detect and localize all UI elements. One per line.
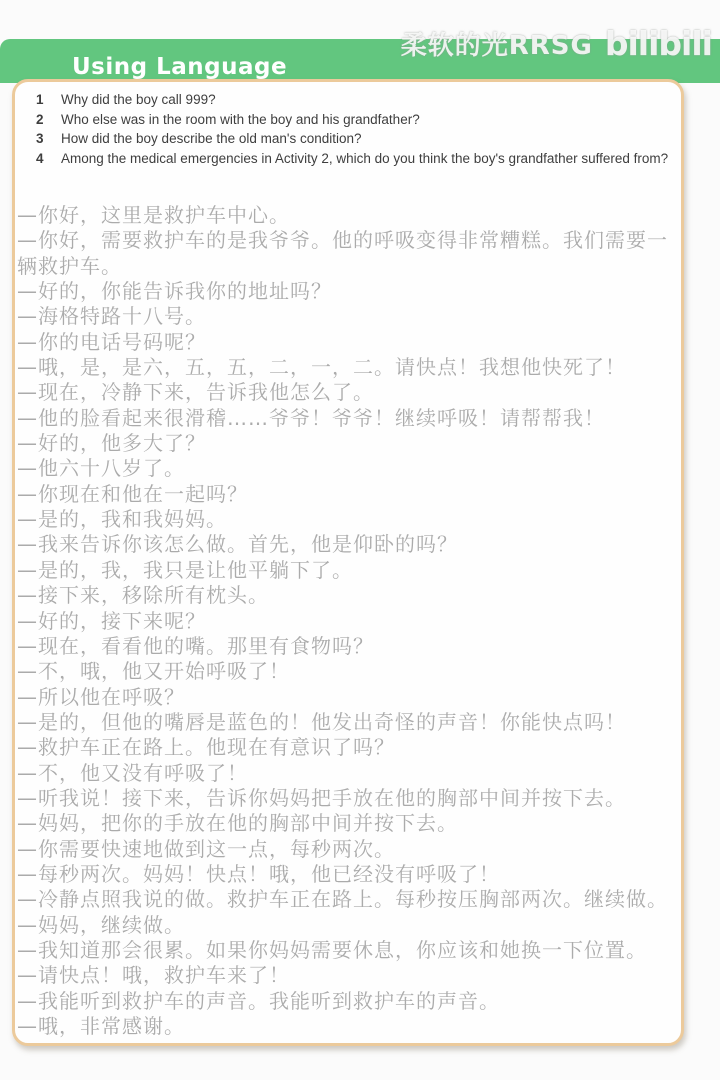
dialogue-line: —现在，看看他的嘴。那里有食物吗？ bbox=[17, 634, 679, 659]
dialogue-line: —他的脸看起来很滑稽……爷爷！爷爷！继续呼吸！请帮帮我！ bbox=[17, 406, 679, 431]
questions-list: 1Why did the boy call 999?2Who else was … bbox=[36, 90, 670, 169]
dialogue-line: —我来告诉你该怎么做。首先，他是仰卧的吗？ bbox=[17, 532, 679, 557]
dialogue-line: —请快点！哦，救护车来了！ bbox=[17, 963, 679, 988]
dialogue-line: —是的，我和我妈妈。 bbox=[17, 507, 679, 532]
dialogue-line: —现在，冷静下来，告诉我他怎么了。 bbox=[17, 380, 679, 405]
question-item: 4Among the medical emergencies in Activi… bbox=[36, 149, 670, 169]
dialogue-line: —好的，你能告诉我你的地址吗？ bbox=[17, 279, 679, 304]
watermark-text: 柔软的光RRSG bbox=[401, 25, 593, 62]
dialogue-line: —是的，我，我只是让他平躺下了。 bbox=[17, 558, 679, 583]
page-title: Using Language bbox=[72, 54, 287, 80]
dialogue-line: —所以他在呼吸？ bbox=[17, 685, 679, 710]
dialogue-line: —是的，但他的嘴唇是蓝色的！他发出奇怪的声音！你能快点吗！ bbox=[17, 710, 679, 735]
dialogue-line: —你好，需要救护车的是我爷爷。他的呼吸变得非常糟糕。我们需要一辆救护车。 bbox=[17, 228, 679, 279]
content-box: 1Why did the boy call 999?2Who else was … bbox=[12, 79, 684, 1046]
dialogue-line: —哦，非常感谢。 bbox=[17, 1014, 679, 1039]
dialogue-line: —妈妈，把你的手放在他的胸部中间并按下去。 bbox=[17, 811, 679, 836]
question-number: 3 bbox=[36, 129, 61, 149]
question-number: 2 bbox=[36, 110, 61, 130]
dialogue-line: —好的，他多大了？ bbox=[17, 431, 679, 456]
question-text: Among the medical emergencies in Activit… bbox=[61, 149, 670, 169]
dialogue-line: —你好，这里是救护车中心。 bbox=[17, 203, 679, 228]
question-item: 1Why did the boy call 999? bbox=[36, 90, 670, 110]
dialogue-line: —冷静点照我说的做。救护车正在路上。每秒按压胸部两次。继续做。 bbox=[17, 887, 679, 912]
bilibili-logo-icon: bilibili bbox=[605, 24, 712, 63]
question-item: 2Who else was in the room with the boy a… bbox=[36, 110, 670, 130]
dialogue-line: —不，哦，他又开始呼吸了！ bbox=[17, 659, 679, 684]
dialogue-line: —你现在和他在一起吗？ bbox=[17, 482, 679, 507]
question-number: 1 bbox=[36, 90, 61, 110]
dialogue-line: —我知道那会很累。如果你妈妈需要休息，你应该和她换一下位置。 bbox=[17, 938, 679, 963]
question-text: How did the boy describe the old man's c… bbox=[61, 129, 670, 149]
dialogue-line: —你的电话号码呢？ bbox=[17, 330, 679, 355]
watermark: 柔软的光RRSG bilibili bbox=[401, 24, 712, 63]
question-number: 4 bbox=[36, 149, 61, 169]
question-text: Who else was in the room with the boy an… bbox=[61, 110, 670, 130]
dialogue-list: —你好，这里是救护车中心。—你好，需要救护车的是我爷爷。他的呼吸变得非常糟糕。我… bbox=[17, 203, 679, 1039]
dialogue-line: —每秒两次。妈妈！快点！哦，他已经没有呼吸了！ bbox=[17, 862, 679, 887]
dialogue-line: —我能听到救护车的声音。我能听到救护车的声音。 bbox=[17, 989, 679, 1014]
dialogue-line: —听我说！接下来，告诉你妈妈把手放在他的胸部中间并按下去。 bbox=[17, 786, 679, 811]
dialogue-line: —救护车正在路上。他现在有意识了吗？ bbox=[17, 735, 679, 760]
dialogue-line: —你需要快速地做到这一点，每秒两次。 bbox=[17, 837, 679, 862]
question-item: 3How did the boy describe the old man's … bbox=[36, 129, 670, 149]
dialogue-line: —哦，是，是六，五，五，二，一，二。请快点！我想他快死了！ bbox=[17, 355, 679, 380]
dialogue-line: —接下来，移除所有枕头。 bbox=[17, 583, 679, 608]
dialogue-line: —海格特路十八号。 bbox=[17, 304, 679, 329]
dialogue-line: —妈妈，继续做。 bbox=[17, 913, 679, 938]
dialogue-line: —他六十八岁了。 bbox=[17, 456, 679, 481]
dialogue-line: —不，他又没有呼吸了！ bbox=[17, 761, 679, 786]
question-text: Why did the boy call 999? bbox=[61, 90, 670, 110]
dialogue-line: —好的，接下来呢？ bbox=[17, 609, 679, 634]
